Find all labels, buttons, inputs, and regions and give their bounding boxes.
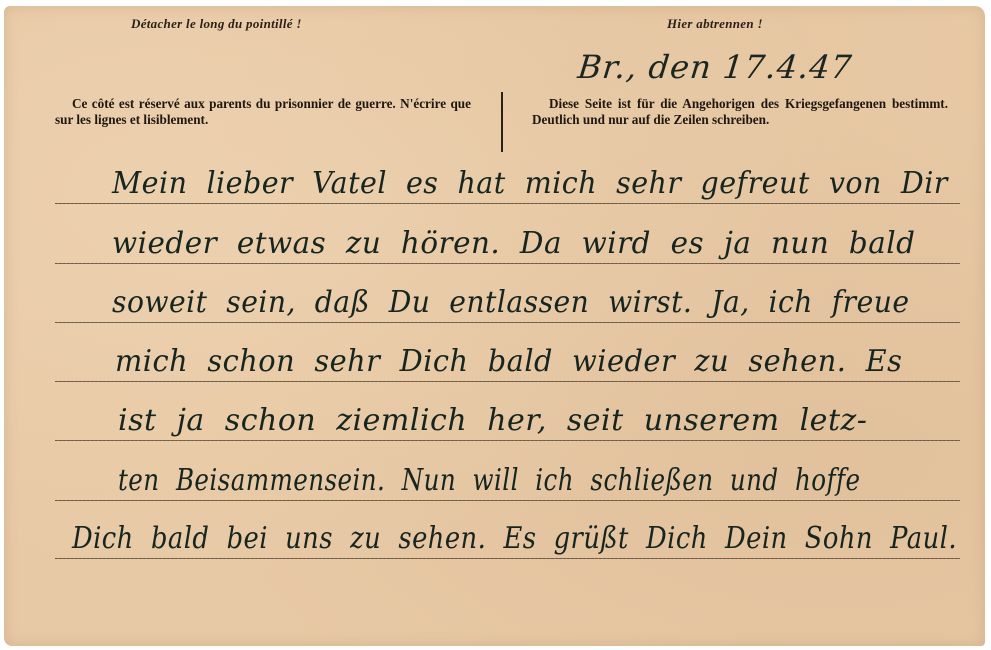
ruled-line — [55, 558, 960, 559]
ruled-line — [55, 381, 960, 382]
ruled-line — [55, 322, 960, 323]
ruled-line — [55, 203, 960, 204]
handwritten-line-1: Mein lieber Vatel es hat mich sehr gefre… — [112, 166, 972, 201]
detach-instruction-german: Hier abtrennen ! — [667, 16, 763, 32]
instructions-french: Ce côté est réservé aux parents du priso… — [55, 96, 471, 128]
handwritten-line-5: ist ja schon ziemlich her, seit unserem … — [118, 403, 991, 438]
handwritten-line-6: ten Beisammensein. Nun will ich schließe… — [118, 463, 860, 498]
ruled-line — [55, 440, 960, 441]
ruled-line — [55, 500, 960, 501]
handwritten-line-4: mich schon sehr Dich bald wieder zu sehe… — [115, 344, 984, 379]
handwritten-date-line: Br., den 17.4.47 — [576, 48, 854, 86]
handwritten-line-7: Dich bald bei uns zu sehen. Es grüßt Dic… — [72, 521, 850, 556]
detach-instruction-french: Détacher le long du pointillé ! — [131, 16, 302, 32]
column-divider — [501, 92, 503, 152]
handwritten-line-2: wieder etwas zu hören. Da wird es ja nun… — [112, 226, 991, 261]
handwritten-line-3: soweit sein, daß Du entlassen wirst. Ja,… — [112, 285, 963, 320]
ruled-line — [55, 263, 960, 264]
instructions-german: Diese Seite ist für die Angehorigen des … — [532, 96, 948, 128]
